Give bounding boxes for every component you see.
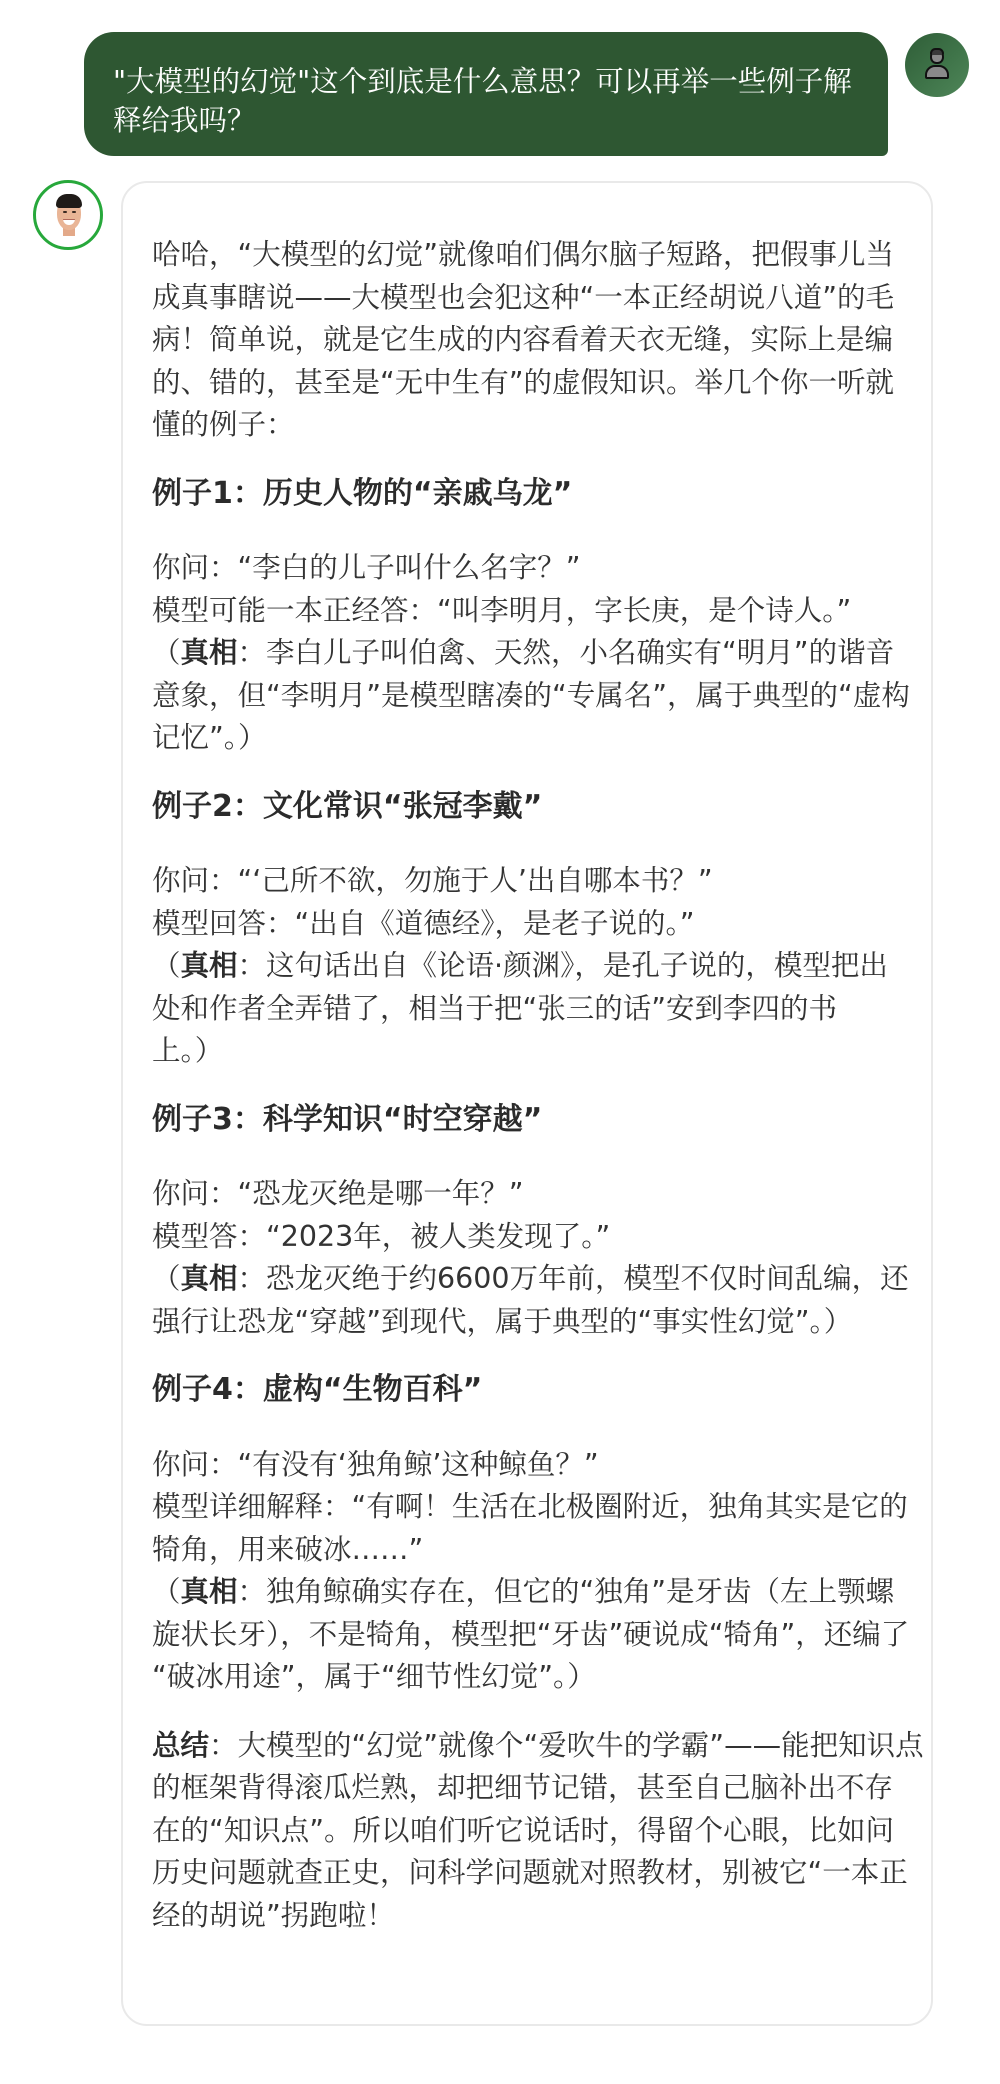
- text-segment: 模型答：“2023年，被人类发现了。”: [152, 1220, 610, 1253]
- text-line: 犄角，用来破冰……”: [152, 1529, 911, 1572]
- text-segment: 模型回答：“出自《道德经》，是老子说的。”: [152, 907, 695, 940]
- avatar-face-eye: [63, 211, 67, 213]
- text-segment: （: [152, 636, 181, 669]
- text-segment: 你问：“李白的儿子叫什么名字？”: [152, 551, 581, 584]
- text-line: 你问：“‘己所不欲，勿施于人’出自哪本书？”: [152, 860, 911, 903]
- text-line: 你问：“恐龙灭绝是哪一年？”: [152, 1173, 911, 1216]
- user-avatar: [905, 33, 969, 97]
- text-segment: 例子3：科学知识“时空穿越”: [152, 1102, 542, 1137]
- text-segment: ：独角鲸确实存在，但它的“独角”是牙齿（左上颚螺: [238, 1575, 895, 1608]
- text-segment: 上。）: [152, 1034, 223, 1067]
- bold-label: 总结: [152, 1729, 209, 1762]
- text-segment: 强行让恐龙“穿越”到现代，属于典型的“事实性幻觉”。）: [152, 1305, 852, 1338]
- text-line: 在的“知识点”。所以咱们听它说话时，得留个心眼，比如问: [152, 1810, 911, 1853]
- text-line: 上。）: [152, 1030, 911, 1073]
- text-line: 病！简单说，就是它生成的内容看着天衣无缝，实际上是编: [152, 319, 911, 362]
- text-segment: ：这句话出自《论语·颜渊》，是孔子说的，模型把出: [238, 949, 888, 982]
- user-message-line: 释给我吗？: [113, 101, 868, 140]
- text-line: 例子1：历史人物的“亲戚乌龙”: [152, 473, 911, 516]
- user-message-bubble: "大模型的幻觉"这个到底是什么意思？可以再举一些例子解 释给我吗？: [84, 32, 888, 156]
- section-heading: 例子4：虚构“生物百科”: [152, 1369, 911, 1412]
- person-icon-hair: [930, 48, 944, 55]
- text-line: 模型可能一本正经答：“叫李明月，字长庚，是个诗人。”: [152, 590, 911, 633]
- text-line: “破冰用途”，属于“细节性幻觉”。）: [152, 1656, 911, 1699]
- text-line: （真相：独角鲸确实存在，但它的“独角”是牙齿（左上颚螺: [152, 1571, 911, 1614]
- text-segment: 你问：“恐龙灭绝是哪一年？”: [152, 1177, 524, 1210]
- text-line: （真相：恐龙灭绝于约6600万年前，模型不仅时间乱编，还: [152, 1258, 911, 1301]
- text-segment: 例子4：虚构“生物百科”: [152, 1372, 482, 1407]
- user-message-line: "大模型的幻觉"这个到底是什么意思？可以再举一些例子解: [113, 62, 868, 101]
- text-line: 意象，但“李明月”是模型瞎凑的“专属名”，属于典型的“虚构: [152, 675, 911, 718]
- bold-label: 真相: [181, 636, 238, 669]
- text-segment: （: [152, 1262, 181, 1295]
- text-segment: 例子1：历史人物的“亲戚乌龙”: [152, 476, 572, 511]
- text-line: 例子4：虚构“生物百科”: [152, 1369, 911, 1412]
- paragraph: 总结：大模型的“幻觉”就像个“爱吹牛的学霸”——能把知识点的框架背得滚瓜烂熟，却…: [152, 1725, 911, 1938]
- text-segment: 例子2：文化常识“张冠李戴”: [152, 789, 542, 824]
- text-segment: ：大模型的“幻觉”就像个“爱吹牛的学霸”——能把知识点: [209, 1729, 924, 1762]
- avatar-face-eye: [72, 211, 76, 213]
- text-line: 模型详细解释：“有啊！生活在北极圈附近，独角其实是它的: [152, 1486, 911, 1529]
- paragraph: 你问：“李白的儿子叫什么名字？”模型可能一本正经答：“叫李明月，字长庚，是个诗人…: [152, 547, 911, 760]
- avatar-face-hair: [56, 194, 82, 208]
- text-segment: 处和作者全弄错了，相当于把“张三的话”安到李四的书: [152, 992, 837, 1025]
- section-heading: 例子3：科学知识“时空穿越”: [152, 1099, 911, 1142]
- bold-label: 真相: [181, 1262, 238, 1295]
- text-line: 例子3：科学知识“时空穿越”: [152, 1099, 911, 1142]
- text-segment: ：恐龙灭绝于约6600万年前，模型不仅时间乱编，还: [238, 1262, 909, 1295]
- text-line: 你问：“有没有‘独角鲸’这种鲸鱼？”: [152, 1444, 911, 1487]
- section-heading: 例子1：历史人物的“亲戚乌龙”: [152, 473, 911, 516]
- text-line: （真相：李白儿子叫伯禽、天然，小名确实有“明月”的谐音: [152, 632, 911, 675]
- text-segment: （: [152, 949, 181, 982]
- section-heading: 例子2：文化常识“张冠李戴”: [152, 786, 911, 829]
- text-line: 经的胡说”拐跑啦！: [152, 1895, 911, 1938]
- text-segment: 的、错的，甚至是“无中生有”的虚假知识。举几个你一听就: [152, 366, 894, 399]
- text-segment: 犄角，用来破冰……”: [152, 1533, 423, 1566]
- text-line: 模型答：“2023年，被人类发现了。”: [152, 1216, 911, 1259]
- text-segment: 的框架背得滚瓜烂熟，却把细节记错，甚至自己脑补出不存: [152, 1771, 893, 1804]
- text-segment: 哈哈，“大模型的幻觉”就像咱们偶尔脑子短路，把假事儿当: [152, 238, 894, 271]
- text-segment: 意象，但“李明月”是模型瞎凑的“专属名”，属于典型的“虚构: [152, 679, 910, 712]
- bold-label: 真相: [181, 1575, 238, 1608]
- paragraph: 哈哈，“大模型的幻觉”就像咱们偶尔脑子短路，把假事儿当成真事瞎说——大模型也会犯…: [152, 234, 911, 447]
- text-line: 你问：“李白的儿子叫什么名字？”: [152, 547, 911, 590]
- paragraph: 你问：“有没有‘独角鲸’这种鲸鱼？”模型详细解释：“有啊！生活在北极圈附近，独角…: [152, 1444, 911, 1699]
- text-line: 记忆”。）: [152, 717, 911, 760]
- text-line: 的框架背得滚瓜烂熟，却把细节记错，甚至自己脑补出不存: [152, 1767, 911, 1810]
- text-segment: 旋状长牙），不是犄角，模型把“牙齿”硬说成“犄角”，还编了: [152, 1618, 909, 1651]
- text-segment: 历史问题就查正史，问科学问题就对照教材，别被它“一本正: [152, 1856, 908, 1889]
- text-segment: 经的胡说”拐跑啦！: [152, 1899, 395, 1932]
- text-segment: 模型可能一本正经答：“叫李明月，字长庚，是个诗人。”: [152, 594, 851, 627]
- text-line: 哈哈，“大模型的幻觉”就像咱们偶尔脑子短路，把假事儿当: [152, 234, 911, 277]
- text-line: 强行让恐龙“穿越”到现代，属于典型的“事实性幻觉”。）: [152, 1301, 911, 1344]
- text-segment: ：李白儿子叫伯禽、天然，小名确实有“明月”的谐音: [238, 636, 895, 669]
- paragraph: 你问：“‘己所不欲，勿施于人’出自哪本书？”模型回答：“出自《道德经》，是老子说…: [152, 860, 911, 1073]
- text-line: 的、错的，甚至是“无中生有”的虚假知识。举几个你一听就: [152, 362, 911, 405]
- text-segment: 成真事瞎说——大模型也会犯这种“一本正经胡说八道”的毛: [152, 281, 894, 314]
- person-icon-body: [925, 65, 949, 79]
- text-line: 懂的例子：: [152, 404, 911, 447]
- text-line: 旋状长牙），不是犄角，模型把“牙齿”硬说成“犄角”，还编了: [152, 1614, 911, 1657]
- assistant-avatar: [33, 180, 103, 250]
- text-segment: 你问：“有没有‘独角鲸’这种鲸鱼？”: [152, 1448, 599, 1481]
- text-segment: 模型详细解释：“有啊！生活在北极圈附近，独角其实是它的: [152, 1490, 908, 1523]
- paragraph: 你问：“恐龙灭绝是哪一年？”模型答：“2023年，被人类发现了。”（真相：恐龙灭…: [152, 1173, 911, 1343]
- text-segment: 记忆”。）: [152, 721, 267, 754]
- text-segment: 你问：“‘己所不欲，勿施于人’出自哪本书？”: [152, 864, 713, 897]
- assistant-message-bubble: 哈哈，“大模型的幻觉”就像咱们偶尔脑子短路，把假事儿当成真事瞎说——大模型也会犯…: [121, 181, 933, 2026]
- text-line: 例子2：文化常识“张冠李戴”: [152, 786, 911, 829]
- text-line: 成真事瞎说——大模型也会犯这种“一本正经胡说八道”的毛: [152, 277, 911, 320]
- text-line: 总结：大模型的“幻觉”就像个“爱吹牛的学霸”——能把知识点: [152, 1725, 911, 1768]
- text-segment: 懂的例子：: [152, 408, 295, 441]
- text-segment: 在的“知识点”。所以咱们听它说话时，得留个心眼，比如问: [152, 1814, 894, 1847]
- text-segment: “破冰用途”，属于“细节性幻觉”。）: [152, 1660, 596, 1693]
- bold-label: 真相: [181, 949, 238, 982]
- text-line: 处和作者全弄错了，相当于把“张三的话”安到李四的书: [152, 988, 911, 1031]
- text-line: 模型回答：“出自《道德经》，是老子说的。”: [152, 903, 911, 946]
- text-line: 历史问题就查正史，问科学问题就对照教材，别被它“一本正: [152, 1852, 911, 1895]
- text-segment: （: [152, 1575, 181, 1608]
- text-segment: 病！简单说，就是它生成的内容看着天衣无缝，实际上是编: [152, 323, 893, 356]
- text-line: （真相：这句话出自《论语·颜渊》，是孔子说的，模型把出: [152, 945, 911, 988]
